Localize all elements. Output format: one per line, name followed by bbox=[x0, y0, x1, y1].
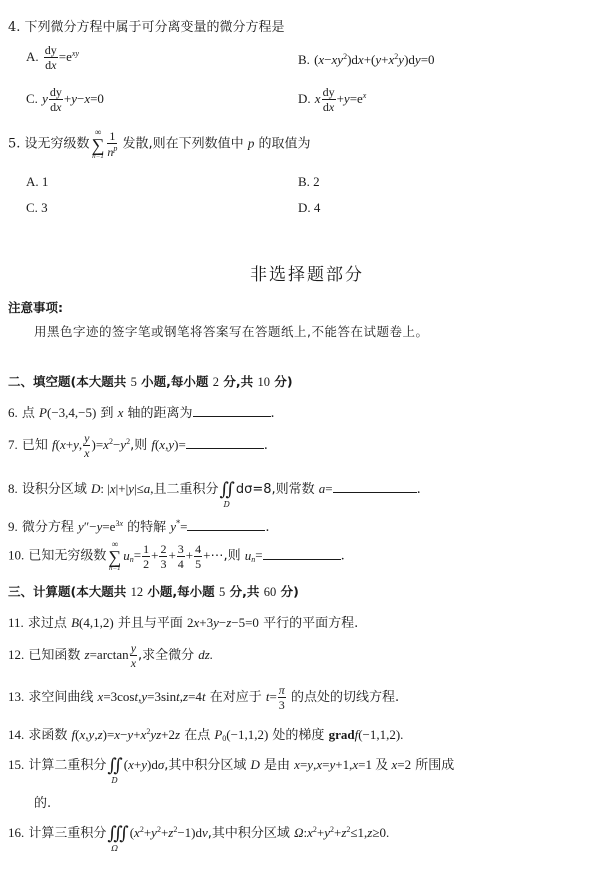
summation-symbol: ∞∑n=1 bbox=[92, 128, 105, 160]
answer-blank[interactable] bbox=[187, 518, 265, 531]
double-integral-symbol: ∬D bbox=[107, 757, 122, 775]
option-4d: D. xdydx+y=ex bbox=[298, 86, 366, 113]
double-integral-symbol: ∬D bbox=[220, 481, 235, 499]
question-5: 5. 设无穷级数∞∑n=11np 发散,则在下列数值中 p 的取值为 bbox=[8, 128, 310, 160]
option-4c: C. ydydx+y−x=0 bbox=[26, 86, 104, 113]
question-stem: 下列微分方程中属于可分离变量的微分方程是 bbox=[25, 20, 285, 35]
part-title: 非选择题部分 bbox=[250, 260, 364, 285]
question-9: 9. 微分方程 y″−y=e3x 的特解 y*=. bbox=[8, 516, 270, 535]
notice-heading: 注意事项: bbox=[8, 298, 63, 316]
question-15: 15. 计算二重积分∬D(x+y)dσ,其中积分区域 D 是由 x=y,x=y+… bbox=[8, 754, 454, 775]
question-4: 4. 下列微分方程中属于可分离变量的微分方程是 bbox=[8, 16, 285, 35]
option-5d: D. 4 bbox=[298, 200, 320, 216]
question-10: 10. 已知无穷级数∞∑n=1un=12+23+34+45+⋯,则 un=. bbox=[8, 540, 345, 572]
fraction-dy-dx: dydx bbox=[44, 44, 58, 71]
question-8: 8. 设积分区域 D: |x|+|y|≤a,且二重积分∬Ddσ=8,则常数 a=… bbox=[8, 478, 421, 499]
option-5b: B. 2 bbox=[298, 174, 320, 190]
option-5a: A. 1 bbox=[26, 174, 48, 190]
question-7: 7. 已知 f(x+y,yx)=x2−y2,则 f(x,y)=. bbox=[8, 432, 268, 459]
question-16: 16. 计算三重积分∭Ω(x2+y2+z2−1)dv,其中积分区域 Ω:x2+y… bbox=[8, 822, 389, 843]
section-2-heading: 二、填空题(本大题共 5 小题,每小题 2 分,共 10 分) bbox=[8, 372, 293, 390]
answer-blank[interactable] bbox=[333, 480, 417, 493]
answer-blank[interactable] bbox=[186, 436, 264, 449]
triple-integral-symbol: ∭Ω bbox=[107, 825, 128, 843]
question-number: 4. bbox=[8, 20, 20, 35]
section-3-heading: 三、计算题(本大题共 12 小题,每小题 5 分,共 60 分) bbox=[8, 582, 299, 600]
answer-blank[interactable] bbox=[193, 404, 271, 417]
notice-body: 用黑色字迹的签字笔或钢笔将答案写在答题纸上,不能答在试题卷上。 bbox=[34, 322, 428, 340]
question-11: 11. 求过点 B(4,1,2) 并且与平面 2x+3y−z−5=0 平行的平面… bbox=[8, 612, 358, 631]
question-6: 6. 点 P(−3,4,−5) 到 x 轴的距离为. bbox=[8, 402, 275, 421]
question-15-continuation: 的. bbox=[34, 792, 51, 811]
question-14: 14. 求函数 f(x,y,z)=x−y+x2yz+2z 在点 P0(−1,1,… bbox=[8, 724, 403, 743]
question-12: 12. 已知函数 z=arctanyx,求全微分 dz. bbox=[8, 642, 213, 669]
option-4a: A. dydx=exy bbox=[26, 44, 79, 71]
question-13: 13. 求空间曲线 x=3cost,y=3sint,z=4t 在对应于 t=π3… bbox=[8, 684, 399, 711]
option-5c: C. 3 bbox=[26, 200, 48, 216]
answer-blank[interactable] bbox=[263, 547, 341, 560]
option-4b: B. (x−xy2)dx+(y+x2y)dy=0 bbox=[298, 52, 435, 68]
